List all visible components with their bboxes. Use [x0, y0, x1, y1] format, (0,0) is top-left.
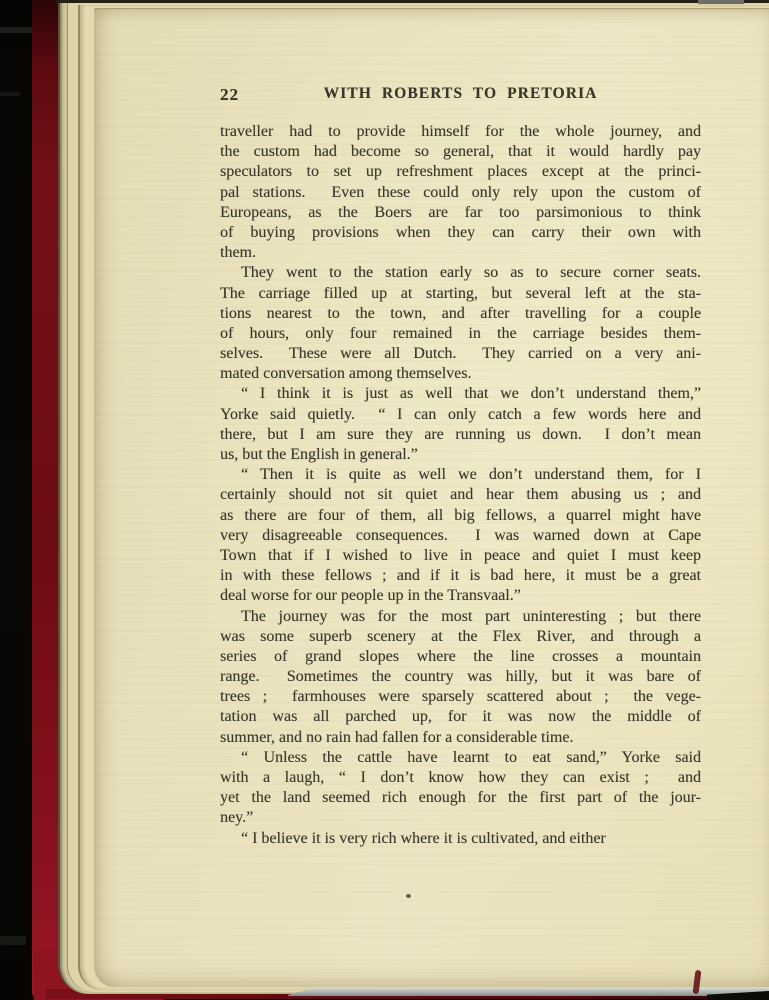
backdrop-streak: [0, 27, 34, 33]
text-line: “ I believe it is very rich where it is …: [220, 829, 701, 849]
text-line: with a laugh, “ I don’t know how they ca…: [220, 768, 701, 788]
text-line: ney.”: [220, 808, 701, 828]
text-line: Europeans, as the Boers are far too pars…: [220, 203, 701, 223]
backdrop-streak: [0, 936, 26, 945]
text-line: tions nearest to the town, and after tra…: [220, 304, 701, 324]
text-line: “ Unless the cattle have learnt to eat s…: [220, 748, 701, 768]
text-line: of buying provisions when they can carry…: [220, 223, 701, 243]
text-line: speculators to set up refreshment places…: [220, 162, 701, 182]
text-line: there, but I am sure they are running us…: [220, 425, 701, 445]
text-line: the custom had become so general, that i…: [220, 142, 701, 162]
book-top-gray-mark: [698, 0, 744, 4]
body-text: traveller had to provide himself for the…: [220, 122, 701, 849]
text-line: as there are four of them, all big fello…: [220, 506, 701, 526]
text-line: selves. These were all Dutch. They carri…: [220, 344, 701, 364]
text-line: of hours, only four remained in the carr…: [220, 324, 701, 344]
text-line: series of grand slopes where the line cr…: [220, 647, 701, 667]
text-line: summer, and no rain had fallen for a con…: [220, 728, 701, 748]
text-line: certainly should not sit quiet and hear …: [220, 485, 701, 505]
text-line: trees ; farmhouses were sparsely scatter…: [220, 687, 701, 707]
text-line: The journey was for the most part uninte…: [220, 607, 701, 627]
book-scan-scene: 22 WITH ROBERTS TO PRETORIA traveller ha…: [0, 0, 769, 1000]
page-number: 22: [220, 85, 239, 105]
text-line: yet the land seemed rich enough for the …: [220, 788, 701, 808]
text-line: in with these fellows ; and if it is bad…: [220, 566, 701, 586]
backdrop-streak: [0, 92, 20, 96]
text-line: The carriage filled up at starting, but …: [220, 284, 701, 304]
text-line: range. Sometimes the country was hilly, …: [220, 667, 701, 687]
text-line: Yorke said quietly. “ I can only catch a…: [220, 405, 701, 425]
text-line: very disagreeable consequences. I was wa…: [220, 526, 701, 546]
text-line: us, but the English in general.”: [220, 445, 701, 465]
text-line: deal worse for our people up in the Tran…: [220, 586, 701, 606]
text-line: pal stations. Even these could only rely…: [220, 183, 701, 203]
page-header: 22 WITH ROBERTS TO PRETORIA: [220, 85, 701, 107]
text-line: them.: [220, 243, 701, 263]
text-line: “ Then it is quite as well we don’t unde…: [220, 465, 701, 485]
text-line: They went to the station early so as to …: [220, 263, 701, 283]
text-line: mated conversation among themselves.: [220, 364, 701, 384]
text-line: traveller had to provide himself for the…: [220, 122, 701, 142]
text-line: Town that if I wished to live in peace a…: [220, 546, 701, 566]
book-top-shadow: [56, 0, 769, 3]
running-title: WITH ROBERTS TO PRETORIA: [220, 85, 701, 103]
text-line: was some superb scenery at the Flex Rive…: [220, 627, 701, 647]
text-line: tation was all parched up, for it was no…: [220, 707, 701, 727]
dust-speck: [406, 894, 411, 898]
text-line: “ I think it is just as well that we don…: [220, 384, 701, 404]
